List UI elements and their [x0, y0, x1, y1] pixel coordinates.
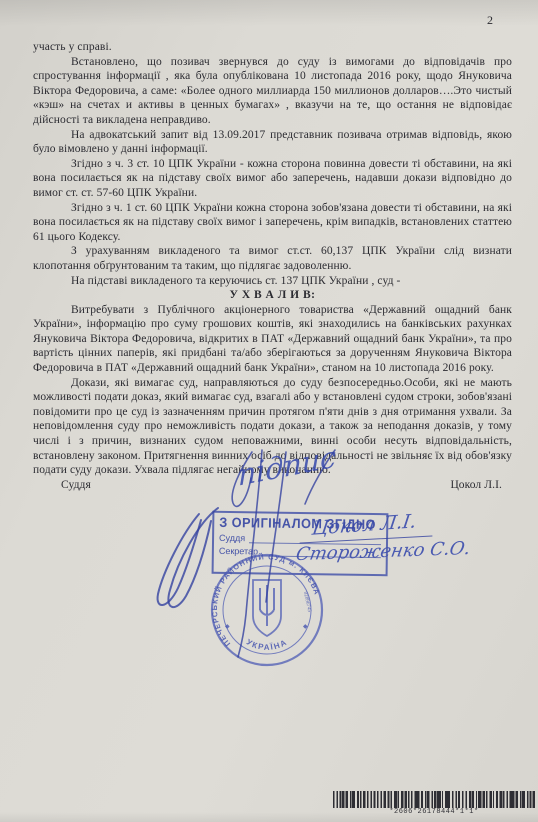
stamp-judge-line: Суддя	[219, 533, 381, 545]
seal-star-left: ◆	[225, 624, 230, 630]
barcode: *2606*26178444*1*1*	[333, 791, 535, 816]
paragraph: участь у справі.	[33, 40, 512, 55]
barcode-bars	[333, 791, 535, 808]
paragraph: Встановлено, що позивач звернувся до суд…	[33, 55, 512, 128]
judge-role-label: Суддя	[61, 478, 91, 493]
seal-code: 02896745	[302, 591, 312, 613]
seal-star-right: ◆	[303, 624, 308, 630]
ruling-body-text: участь у справі. Встановлено, що позивач…	[33, 40, 512, 492]
paragraph: З урахуванням викладеного та вимог ст.ст…	[33, 244, 512, 273]
certification-stamp-title: З ОРИГІНАЛОМ ЗГІДНО	[219, 515, 371, 532]
paragraph: На підставі викладеного та керуючись ст.…	[33, 274, 512, 289]
paragraph: Витребувати з Публічного акціонерного то…	[33, 303, 512, 376]
trident-emblem-icon	[260, 585, 274, 626]
paragraph: Згідно з ч. 3 ст. 10 ЦПК України - кожна…	[33, 157, 512, 201]
judge-printed-name: Цокол Л.І.	[451, 478, 503, 493]
stamp-judge-label: Суддя	[219, 533, 245, 543]
page-number: 2	[487, 13, 493, 28]
seal-country-text: УКРАЇНА	[245, 637, 289, 651]
stamp-blank-line	[249, 533, 381, 545]
svg-text:УКРАЇНА: УКРАЇНА	[245, 637, 289, 651]
ruling-heading: У Х В А Л И В:	[33, 288, 512, 303]
barcode-text: *2606*26178444*1*1*	[333, 808, 535, 816]
round-court-seal: ПЕЧЕРСЬКИЙ РАЙОННИЙ СУД м. КИЄВА УКРАЇНА…	[207, 550, 327, 670]
paragraph: Згідно з ч. 1 ст. 60 ЦПК України кожна с…	[33, 201, 512, 245]
paragraph: На адвокатський запит від 13.09.2017 пре…	[33, 128, 512, 157]
big-scribble-loop	[158, 514, 201, 605]
scanned-court-ruling-page: 2 участь у справі. Встановлено, що позив…	[0, 0, 538, 822]
